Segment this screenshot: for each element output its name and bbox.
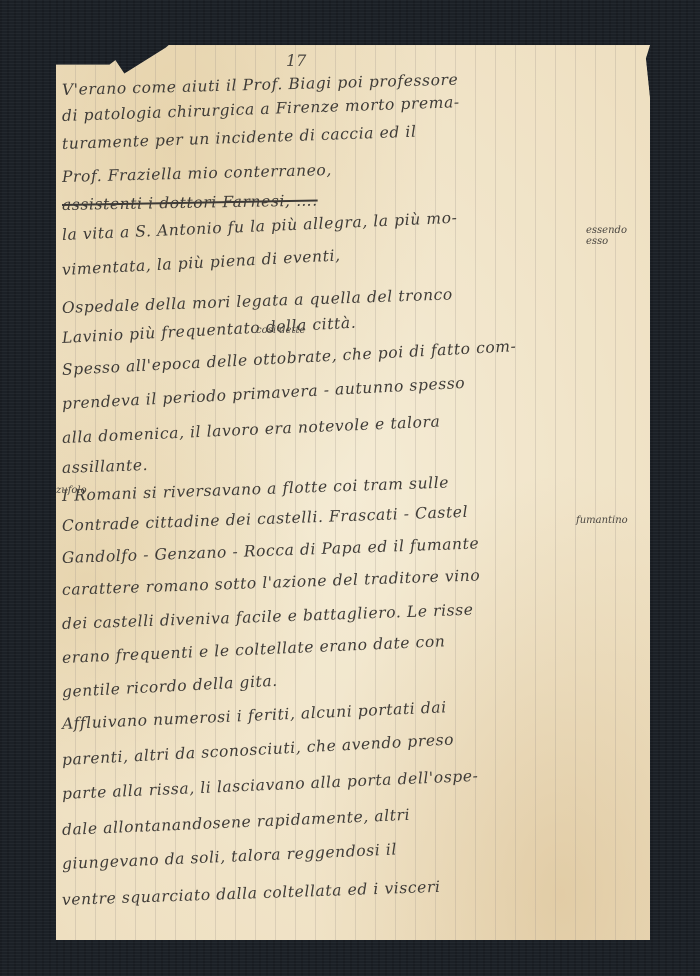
manuscript-line: alla domenica, il lavoro era notevole e … [62, 412, 441, 447]
manuscript-line: dei castelli diveniva facile e battaglie… [62, 601, 474, 633]
manuscript-line: giungevano da soli, talora reggendosi il [62, 840, 398, 873]
interlinear-insertion: fumantino [576, 515, 628, 526]
manuscript-line: carattere romano sotto l'azione del trad… [62, 566, 481, 599]
manuscript-line: erano frequenti e le coltellate erano da… [62, 632, 446, 667]
manuscript-line: di patologia chirurgica a Firenze morto … [62, 93, 460, 125]
manuscript-line: parte alla rissa, li lasciavano alla por… [62, 767, 479, 803]
manuscript-line: Prof. Fraziella mio conterraneo, [62, 161, 332, 186]
manuscript-line: turamente per un incidente di caccia ed … [62, 123, 417, 153]
manuscript-line: I Romani si riversavano a flotte coi tra… [62, 473, 450, 505]
manuscript-line: Lavinio più frequentato della città. [62, 314, 357, 347]
manuscript-line: la vita a S. Antonio fu la più allegra, … [62, 209, 458, 244]
interlinear-insertion: essendo esso [586, 225, 650, 247]
manuscript-line: Ospedale della mori legata a quella del … [62, 285, 453, 317]
interlinear-insertion: zufolo [56, 485, 87, 496]
manuscript-line: vimentata, la più piena di eventi, [62, 246, 341, 279]
manuscript-line: parenti, altri da sconosciuti, che avend… [62, 730, 455, 769]
manuscript-line: assillante. [62, 456, 149, 477]
manuscript-line: Contrade cittadine dei castelli. Frascat… [62, 503, 469, 535]
manuscript-line: Affluivano numerosi i feriti, alcuni por… [62, 698, 447, 733]
manuscript-line: ventre squarciato dalla coltellata ed i … [62, 878, 441, 909]
manuscript-line: prendeva il periodo primavera - autunno … [62, 374, 466, 413]
manuscript-page: 17 V'erano come aiuti il Prof. Biagi poi… [56, 45, 650, 940]
manuscript-line: Gandolfo - Genzano - Rocca di Papa ed il… [62, 534, 480, 567]
handwritten-text-body: V'erano come aiuti il Prof. Biagi poi pr… [56, 45, 650, 940]
interlinear-insertion: così dette [256, 325, 305, 336]
manuscript-line: dale allontanandosene rapidamente, altri [62, 806, 411, 839]
manuscript-line: gentile ricordo della gita. [62, 672, 279, 701]
manuscript-line: assistenti i dottori Farnesi, …. [62, 192, 318, 214]
